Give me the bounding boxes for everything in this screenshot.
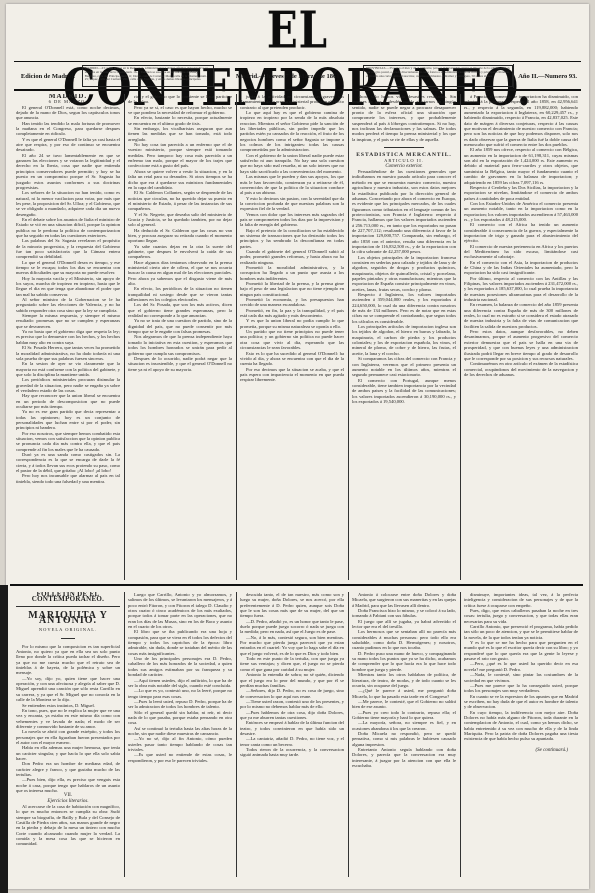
paragraph: Don Pedro era un hombre de mediana edad,… [16,761,120,777]
paragraph: —Señores, dijo D. Pedro, no es cosa de j… [240,688,344,699]
paragraph: Prometió la economía, y los presupuestos… [240,297,344,308]
paragraph: No hay cosa tan parecida a un enfermo qu… [128,142,232,169]
paragraph: —Yo no sé, dijo al fin Antonio, cómo pue… [128,736,232,752]
date-cell: Madrid.—Jueves 7 de Marzo de 1861. [214,64,363,88]
madrid-subscription-box: MADRID.—23 reales al mes en la Redaccion… [82,65,214,87]
paragraph: El Sr. Calderon Collantes, según se desp… [128,190,232,211]
paragraph: El Sr. Posada Herrera, que tantas veces … [16,345,120,361]
binding-shadow [0,585,8,893]
paragraph: En el comercio con el Asia, la importaci… [464,260,578,276]
issue-number: Año II.—Numero 93. [518,73,577,80]
folletin-column-3: descuida tanto, el de tan nuestro, más c… [240,592,344,877]
paragraph: El general O'Donnell está, como noche de… [16,105,120,121]
paragraph: Un partido que no tiene principios no pu… [240,329,344,350]
paragraph: Lo que el general O'Donnell desea es tie… [16,260,120,276]
info-bar-rule [14,89,581,91]
paragraph: Ya no se trata de una cuestion de partid… [128,318,232,334]
paragraph: Pero ya se si, el caso es que hayan hech… [128,105,232,116]
paragraph: —Pues me parece que lo ha conseguido ust… [464,683,578,694]
paragraph: Despues de lo ocurrido, nadie podrá nega… [128,356,232,372]
paragraph: —Pero, ¿qué es lo que usted ha querido d… [464,661,578,672]
column-madrid: MADRID. 6 DE MARZO. El general O'Donnell… [16,94,120,580]
folletin-column-4: Antonio á colocarse entre doña Dolores y… [352,592,456,877]
to-be-continued: (Se continuará.) [464,748,578,753]
paragraph: Por último, respecto al comercio con las… [464,276,578,303]
paragraph: Continuarémos en otro artículo el exámen… [464,361,578,377]
provinces-subscription-cell: PROVINCIAS.—35 reales el mes y 42 el tri… [363,64,513,88]
paragraph: En el debate sobre los asuntos de Italia… [16,217,120,238]
paragraph: Y es que la union liberal no podia cumpl… [240,318,344,329]
paragraph: Antonio lo entendía de sobra; no sé quié… [240,672,344,688]
info-bar: Edicion de Madrid. MADRID.—23 reales al … [14,64,581,88]
paragraph: Si comparamos las cifras del comercio co… [352,356,456,377]
paragraph: Con los Estados-Unidos de América el com… [464,201,578,222]
paragraph: Bajo el pretexto de la conciliacion se h… [240,228,344,249]
paragraph: En cuanto se ve la expresion de los apun… [464,694,578,710]
paragraph: junta á la actividad en circunstancias g… [240,94,344,110]
paragraph: Persuadiéndose de las cuestiones general… [352,169,456,255]
paragraph: Todos rieron de la ocurrencia, y la conv… [240,747,344,758]
paragraph: Ya no es ese gran partido que decia repr… [16,409,120,430]
column-rule [460,94,461,580]
paragraph: Las mismas que le pueden y dan sus apoyo… [240,174,344,195]
paragraph: Al señor ministro de la Gobernacion se l… [16,297,120,313]
paragraph: Doña Micaela no respondió, pero se quedó… [352,731,456,747]
paragraph: El comercio con Portugal, aunque menos c… [352,378,456,405]
novel-subtitle: NOVELA ORIGINAL. [16,627,120,632]
paragraph: Pero estos datos, aunque desfavorables, … [464,329,578,361]
paragraph: ahora solo hemos visto desastres resulta… [352,94,456,142]
folletin-column-2: Luego que Carrillo, Antonio y yo almorza… [128,592,232,877]
paragraph: Por eso decimos que la situacion se acab… [240,367,344,383]
folletin-heading: FOLLETIN DE EL CONTEMPORANEO. [16,592,120,607]
paragraph: Los periódicos ministeriales procuran di… [16,377,120,393]
paragraph: Antonio á colocarse entre doña Dolores y… [352,592,456,608]
paragraph: El año 24 se tuvo lamentablemente en que… [16,153,120,190]
paragraph: —D. Pedro, añadió yo, es un honor que ta… [240,619,344,635]
column-rule [124,592,125,877]
masthead-rule [14,61,581,62]
paragraph: —No, á lo más, contestó segura, son bien… [240,635,344,656]
paragraph: Todo en este punto de la tertulia, con q… [240,656,344,672]
masthead: EL CONTEMPORANEO. [6,10,589,60]
provinces-subscription-box: PROVINCIAS.—35 reales el mes y 42 el tri… [363,65,513,87]
column-rule [348,94,349,580]
edition-cell: Edicion de Madrid. [14,64,82,88]
column-rule [236,94,237,580]
paragraph: —¿Qué le parece á usted, me preguntó doñ… [352,688,456,699]
paragraph: —Aquí tienen ustedes, dijo el anfitrión,… [128,678,232,689]
paragraph: Han tenido las tendido la mala fortuna d… [16,121,120,137]
paragraph: —Es que usted no entiende de estas cosas… [128,752,232,763]
paragraph: Y es que el general O'Donnell le falta y… [16,137,120,153]
column-estadistica: ahora solo hemos visto desastres resulta… [352,94,456,580]
column-rule [460,592,461,877]
paragraph: —Pues yo creo todo lo contrario, repuso … [352,710,456,721]
paragraph: Sólo el general quedó sin hablar, ni reí… [128,710,232,726]
section-divider [384,147,424,148]
paragraph: Prometió la moralidad administrativa, y … [240,265,344,281]
paragraph: D. Pedro puso una mano de hueco, y compa… [352,651,456,672]
paragraph: —La mayoría, señora, no siempre es fiel,… [352,720,456,731]
paragraph: Hace algunos dias teniamos observado en … [128,260,232,287]
paragraph: Doña Francisca hizo lo mismo, y se coloc… [352,608,456,619]
paragraph: Por lo mismo que la composicion es tan s… [16,644,120,676]
paragraph: El juego que allí se jugaba, ya habrá ad… [352,619,456,630]
madrid-subscription-cell: MADRID.—23 reales al mes en la Redaccion… [82,64,214,88]
paragraph: descuida tanto, el de tan nuestro, más c… [240,592,344,619]
paragraph: El año 1859 nos ofrece, respecto al come… [464,147,578,184]
paragraph: —Pues hablemos de otra cosa, dijo doña D… [240,710,344,721]
paragraph: Las palabras del Sr. Sagasta revelaron e… [16,238,120,259]
paragraph: —Pues la leerá usted, repuso D. Pedro, p… [128,699,232,710]
column-rule [348,592,349,877]
paragraph: ria, y el gobierno que lo consiente se h… [128,94,232,105]
paragraph: El libro que se iba publicando era una h… [128,629,232,656]
column-rule [236,592,237,877]
folletin-separator [10,584,583,586]
paragraph: En efecto, bastante lo necesita, porque … [128,115,232,126]
paragraph: —Lo que es yo, contestó uno, no la leeré… [128,688,232,699]
paragraph: En tono, pues, que no le explica la muje… [16,708,120,729]
column-5: á Francia, el comercio de importacion ha… [464,94,578,580]
paragraph: —Yo soy, dijo yo, quien tiene que hacer … [16,676,120,703]
paragraph: Siempre la misma respuesta, y siempre el… [16,313,120,329]
column-3: junta á la actividad en circunstancias g… [240,94,344,580]
newspaper-page: EL CONTEMPORANEO. Edicion de Madrid. MAD… [6,4,589,889]
paragraph: Sin embargo, los vicalbaristas aseguran … [128,126,232,142]
paragraph: Lo que aquí hay es que el gobierno camin… [240,110,344,153]
paragraph: —Pues bien, dijo ella, es preciso que ve… [16,777,120,793]
paragraph: Los señores de la situacion no han tenid… [16,190,120,217]
paragraph: Y esto lo decimos sin pasion, con la ser… [240,196,344,212]
paragraph: En la sesion de ayer se vio claramente q… [16,361,120,377]
paragraph: Por eso nosotros, que siempre hemos comb… [16,431,120,452]
paragraph: —Tiene usted razon, contestó uno de los … [240,699,344,710]
paragraph: Respecto á Inglaterra, los valores impor… [352,292,456,324]
novel-title: MARIQUITA Y ANTONIO. [16,613,120,624]
paragraph: Los del Sr. Posada, que son los más acti… [128,302,232,318]
paragraph: Nos alegramos de que la prensa independi… [128,334,232,355]
paragraph: Esto es lo que ha sucedido al general O'… [240,351,344,367]
paragraph: Había en ella ademas una mujer hermosa, … [16,745,120,761]
paragraph: Entretanto Antonio seguía hablando con d… [352,747,456,768]
paragraph: Duró ya es una sanda como castigados sin… [16,452,120,473]
paragraph: á Francia, el comercio de importacion ha… [464,94,578,147]
paragraph: Y el Sr. Negrete, que deseaba salir del … [128,212,232,228]
paragraph: disminuye, importantes ideas, tal vez, á… [464,592,578,608]
paragraph: En resumen, la balanza de comercio del a… [464,302,578,329]
paragraph: Así se continuó la tertulia hasta las al… [128,726,232,737]
paragraph: Ya no basta que el gobierno diga que res… [16,329,120,345]
paragraph: La novela se abrió con grande estrépito,… [16,729,120,745]
paragraph: Ahora se quiere volver a vestir la situa… [128,169,232,190]
paragraph: Respecto á Cerdeña y las Dos Sicilias, l… [464,185,578,201]
paragraph: Y es lo que se me ha hecho para que preg… [464,640,578,661]
paragraph: Al acercarse de la casa de habitación co… [16,804,120,847]
paragraph: —Me parece, le contesté, que el Gobierno… [352,699,456,710]
title-divider [61,638,75,639]
paragraph: El comercio con el Africa ha tenido un a… [464,222,578,243]
paragraph: Mientras tanto los otros hablaban de pol… [352,672,456,688]
paragraph: Ha deducido el Sr. Calderon que las cosa… [128,228,232,244]
paragraph: Vemos con dolor que los intereses más sa… [240,212,344,228]
paragraph: Carrillo Antonio, que presenció el progr… [464,624,578,640]
folletin-column-5: disminuye, importantes ideas, tal vez, á… [464,592,578,877]
paragraph: Ya sabe cuantos dejan en la otra la suer… [128,244,232,260]
paragraph: Los objetos principales de la importacio… [352,255,456,292]
paragraph: Entónces se empezó á hablar de la última… [240,720,344,736]
edition-label: Edicion de Madrid. [21,73,75,80]
issue-date: Madrid.—Jueves 7 de Marzo de 1861. [236,73,341,80]
paragraph: Pero hoy nos incansable que alarmar al p… [16,473,120,484]
paragraph: Con el gobierno de la union liberal nadi… [240,153,344,174]
paragraph: Luego que Carrillo, Antonio y yo almorza… [128,592,232,629]
paragraph: El comercio de nuestra pertenencia en Af… [464,244,578,260]
paragraph: —Nada, le contesté, sino pintar las cost… [464,672,578,683]
paragraph: Hay que reconocer que la union liberal s… [16,393,120,409]
paragraph: Los hermosos que se sentaban allí no par… [352,629,456,650]
folletin-column-1: FOLLETIN DE EL CONTEMPORANEO. MARIQUITA … [16,592,120,877]
paragraph: —La cantatriz, añadió D. Pedro, no tiene… [240,736,344,747]
paragraph: En efecto, los periódicos de la situacio… [128,286,232,302]
paragraph: Hoy la mayoria vacila y el Ministerio, s… [16,276,120,297]
paragraph: Los principales artículos de importacion… [352,324,456,356]
paragraph: En cuyo tiempo, la indiferencia con mejo… [464,710,578,742]
paragraph: Uno de los principales personajes era D.… [128,656,232,677]
issue-number-cell: Año II.—Numero 93. [513,64,581,88]
paragraph: Pues, digo, que estos caballeros pasaban… [464,608,578,624]
paragraph: Prometió la libertad de la prensa, y la … [240,281,344,297]
column-2: ria, y el gobierno que lo consiente se h… [128,94,232,580]
paragraph: Prometió, en fin, la paz y la tranquilid… [240,308,344,319]
paragraph: Cuando el gabinete del general O'Donnell… [240,249,344,265]
column-rule [124,94,125,580]
